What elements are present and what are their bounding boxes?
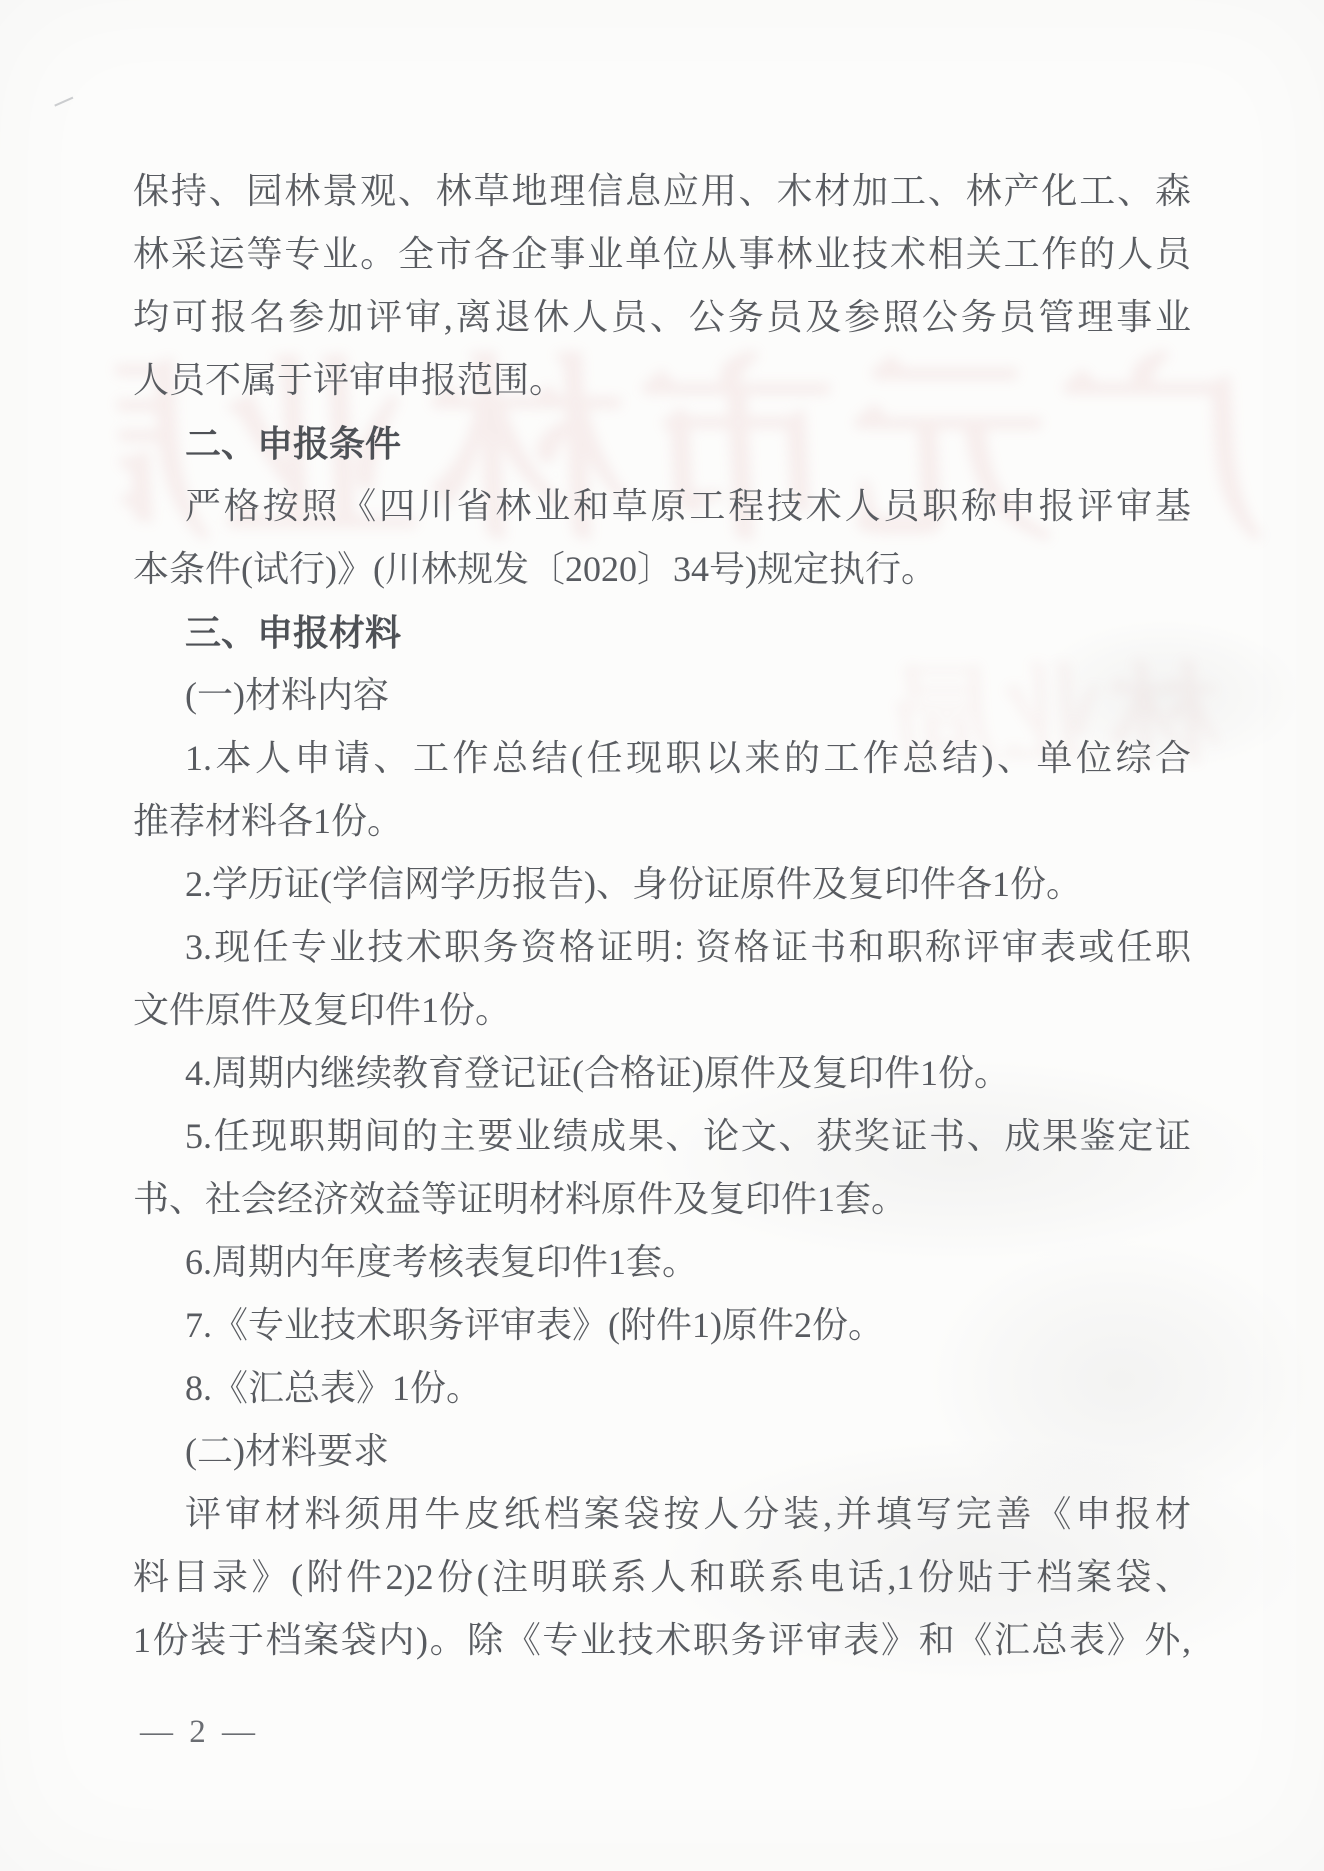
list-item-line: 6.周期内年度考核表复印件1套。 [133, 1231, 1191, 1294]
paragraph-line: 评审材料须用牛皮纸档案袋按人分装,并填写完善《申报材 [133, 1483, 1191, 1546]
paragraph-line: 人员不属于评审申报范围。 [133, 349, 1191, 412]
scanned-document-page: 广元市林业局 林业局 保持、园林景观、林草地理信息应用、木材加工、林产化工、森 … [0, 0, 1324, 1871]
paragraph-line: 保持、园林景观、林草地理信息应用、木材加工、林产化工、森 [133, 160, 1191, 223]
subsection-heading-content: (一)材料内容 [133, 664, 1191, 727]
list-item-line: 书、社会经济效益等证明材料原件及复印件1套。 [133, 1168, 1191, 1231]
list-item-line: 文件原件及复印件1份。 [133, 979, 1191, 1042]
section-heading-conditions: 二、申报条件 [133, 412, 1191, 475]
list-item-line: 5.任现职期间的主要业绩成果、论文、获奖证书、成果鉴定证 [133, 1105, 1191, 1168]
pen-mark [51, 88, 74, 106]
paragraph-line: 1份装于档案袋内)。除《专业技术职务评审表》和《汇总表》外, [133, 1609, 1191, 1672]
list-item-line: 7.《专业技术职务评审表》(附件1)原件2份。 [133, 1294, 1191, 1357]
subsection-heading-requirements: (二)材料要求 [133, 1420, 1191, 1483]
list-item-line: 2.学历证(学信网学历报告)、身份证原件及复印件各1份。 [133, 853, 1191, 916]
paragraph-line: 本条件(试行)》(川林规发〔2020〕34号)规定执行。 [133, 538, 1191, 601]
document-body: 保持、园林景观、林草地理信息应用、木材加工、林产化工、森 林采运等专业。全市各企… [133, 160, 1191, 1672]
paragraph-line: 料目录》(附件2)2份(注明联系人和联系电话,1份贴于档案袋、 [133, 1546, 1191, 1609]
list-item-line: 3.现任专业技术职务资格证明: 资格证书和职称评审表或任职 [133, 916, 1191, 979]
section-heading-materials: 三、申报材料 [133, 601, 1191, 664]
page-number: — 2 — [140, 1712, 259, 1752]
paragraph-line: 严格按照《四川省林业和草原工程技术人员职称申报评审基 [133, 475, 1191, 538]
list-item-line: 推荐材料各1份。 [133, 790, 1191, 853]
list-item-line: 1.本人申请、工作总结(任现职以来的工作总结)、单位综合 [133, 727, 1191, 790]
paragraph-line: 均可报名参加评审,离退休人员、公务员及参照公务员管理事业 [133, 286, 1191, 349]
list-item-line: 8.《汇总表》1份。 [133, 1357, 1191, 1420]
paragraph-line: 林采运等专业。全市各企事业单位从事林业技术相关工作的人员 [133, 223, 1191, 286]
list-item-line: 4.周期内继续教育登记证(合格证)原件及复印件1份。 [133, 1042, 1191, 1105]
